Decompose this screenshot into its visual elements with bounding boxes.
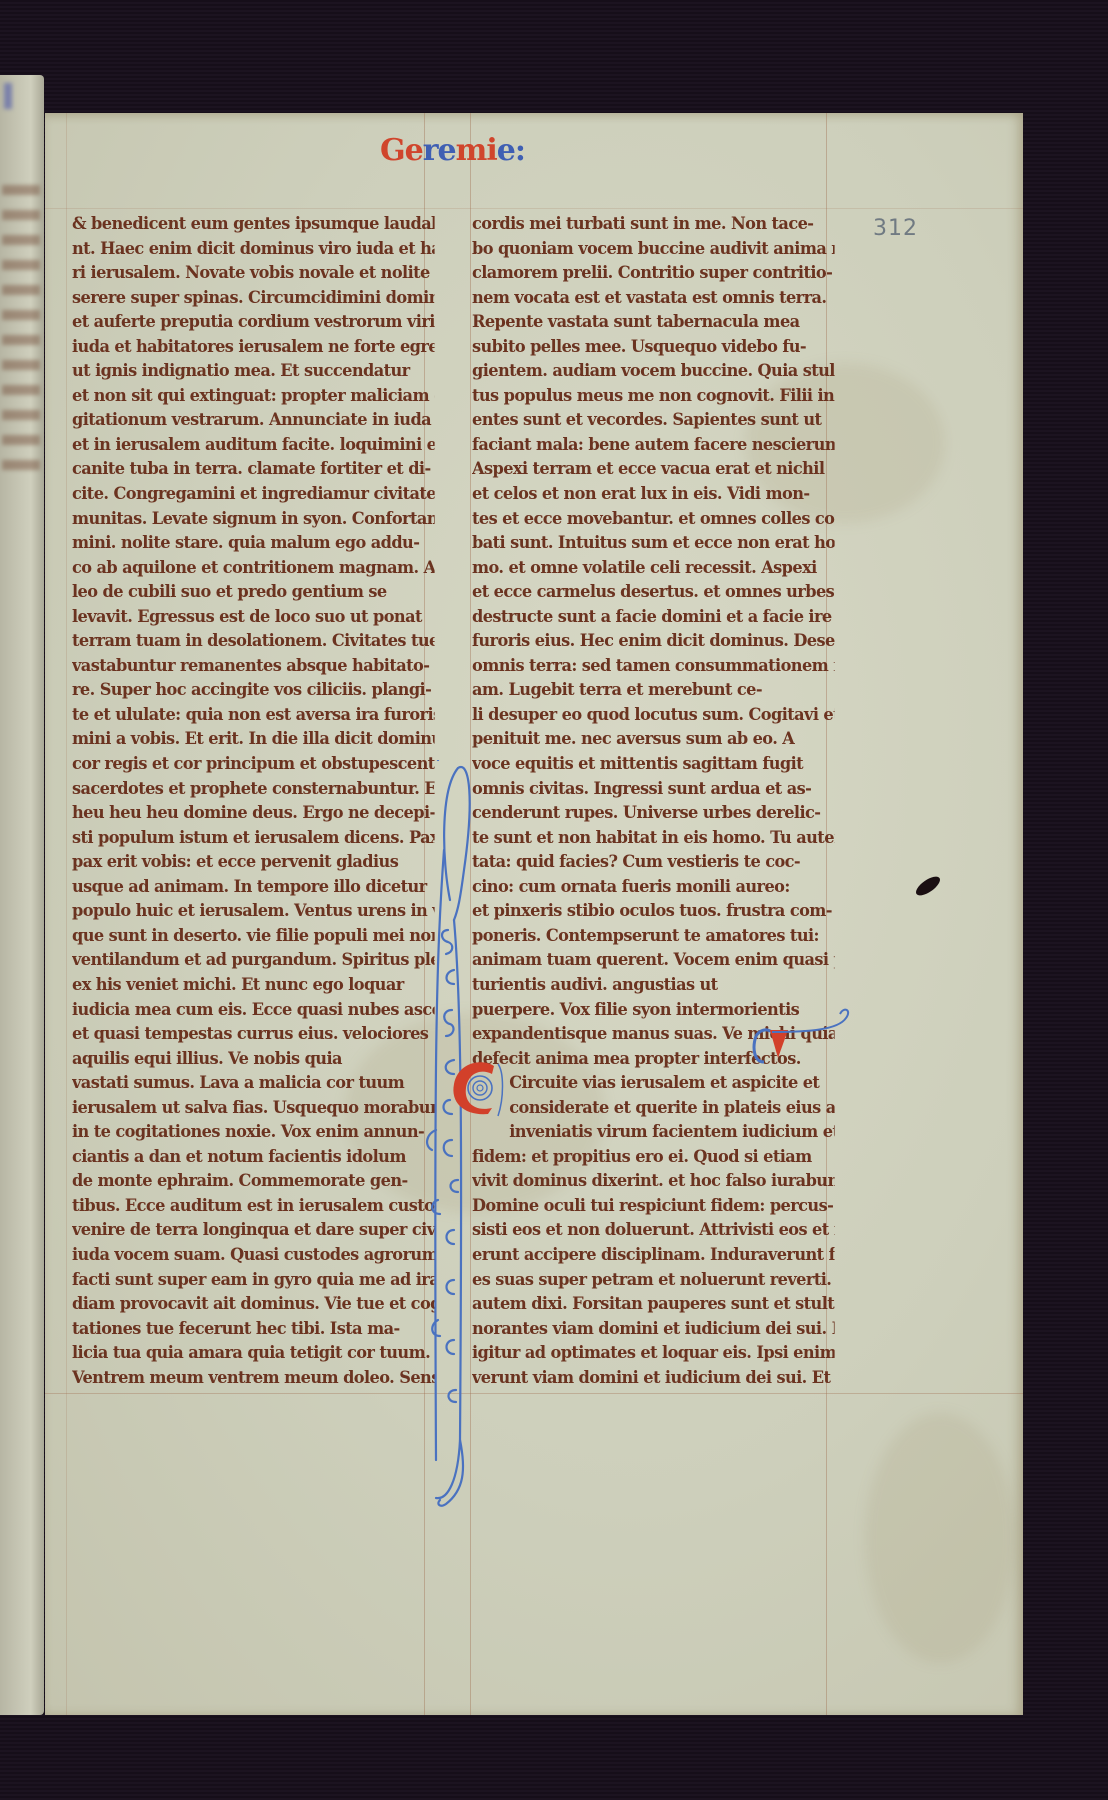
- text-line: fidem: et propitius ero ei. Quod si etia…: [472, 1145, 835, 1170]
- text-line: et ecce carmelus desertus. et omnes urbe…: [472, 580, 835, 605]
- text-line: co ab aquilone et contritionem magnam. A…: [72, 556, 435, 581]
- previous-leaf-text: [2, 435, 40, 445]
- text-line: norantes viam domini et iudicium dei sui…: [472, 1317, 835, 1342]
- text-line: poneris. Contempserunt te amatores tui:: [472, 924, 835, 949]
- text-line: et celos et non erat lux in eis. Vidi mo…: [472, 482, 835, 507]
- text-line: ciantis a dan et notum facientis idolum: [72, 1145, 435, 1170]
- previous-leaf-text: [2, 410, 40, 420]
- text-line: heu heu heu domine deus. Ergo ne decepi-: [72, 801, 435, 826]
- text-line: tationes tue fecerunt hec tibi. Ista ma-: [72, 1317, 435, 1342]
- text-line: licia tua quia amara quia tetigit cor tu…: [72, 1341, 435, 1366]
- text-line: turientis audivi. angustias ut: [472, 973, 835, 998]
- text-line: erunt accipere disciplinam. Induraverunt…: [472, 1243, 835, 1268]
- text-line: re. Super hoc accingite vos ciliciis. pl…: [72, 678, 435, 703]
- text-line: pax erit vobis: et ecce pervenit gladius: [72, 850, 435, 875]
- text-line: destructe sunt a facie domini et a facie…: [472, 605, 835, 630]
- text-line: li desuper eo quod locutus sum. Cogitavi…: [472, 703, 835, 728]
- text-line: bati sunt. Intuitus sum et ecce non erat…: [472, 531, 835, 556]
- text-line: voce equitis et mittentis sagittam fugit: [472, 752, 835, 777]
- text-line: cite. Congregamini et ingrediamur civita…: [72, 482, 435, 507]
- text-line: bo quoniam vocem buccine audivit anima m…: [472, 237, 835, 262]
- text-line: omnis terra: sed tamen consummationem no…: [472, 654, 835, 679]
- text-line: diam provocavit ait dominus. Vie tue et …: [72, 1292, 435, 1317]
- text-line: et auferte preputia cordium vestrorum vi…: [72, 310, 435, 335]
- text-line: sti populum istum et ierusalem dicens. P…: [72, 826, 435, 851]
- text-line: vastati sumus. Lava a malicia cor tuum: [72, 1071, 435, 1096]
- text-line: ex his veniet michi. Et nunc ego loquar: [72, 973, 435, 998]
- previous-leaf-text: [2, 460, 40, 470]
- text-line: faciant mala: bene autem facere nescieru…: [472, 433, 835, 458]
- running-title-part: e:: [497, 133, 525, 168]
- text-line: nt. Haec enim dicit dominus viro iuda et…: [72, 237, 435, 262]
- text-line: vastabuntur remanentes absque habitato-: [72, 654, 435, 679]
- text-line: tes et ecce movebantur. et omnes colles …: [472, 507, 835, 532]
- text-line: mini a vobis. Et erit. In die illa dicit…: [72, 727, 435, 752]
- text-line: facti sunt super eam in gyro quia me ad …: [72, 1268, 435, 1293]
- text-line: aquilis equi illius. Ve nobis quia: [72, 1047, 435, 1072]
- text-line: entes sunt et vecordes. Sapientes sunt u…: [472, 408, 835, 433]
- text-line: iuda et habitatores ierusalem ne forte e…: [72, 335, 435, 360]
- text-line: tata: quid facies? Cum vestieris te coc-: [472, 850, 835, 875]
- text-line: ventilandum et ad purgandum. Spiritus pl…: [72, 948, 435, 973]
- ruling-line: [45, 1393, 1023, 1394]
- previous-leaf-text: [2, 360, 40, 370]
- text-line: Ventrem meum ventrem meum doleo. Sensus: [72, 1366, 435, 1391]
- filigree-decoration: [418, 760, 478, 1510]
- text-line: munitas. Levate signum in syon. Conforta…: [72, 507, 435, 532]
- text-line: autem dixi. Forsitan pauperes sunt et st…: [472, 1292, 835, 1317]
- text-line: et quasi tempestas currus eius. velocior…: [72, 1022, 435, 1047]
- previous-leaf-edge: [0, 75, 44, 1715]
- text-line: et in ierusalem auditum facite. loquimin…: [72, 433, 435, 458]
- parchment-stain: [865, 1413, 1015, 1663]
- text-line: inveniatis virum facientem iudicium et q…: [472, 1120, 835, 1145]
- decorated-initial-c: [448, 1058, 506, 1118]
- previous-leaf-text: [2, 235, 40, 245]
- text-line: cino: cum ornata fueris monili aureo:: [472, 875, 835, 900]
- text-line: nem vocata est et vastata est omnis terr…: [472, 286, 835, 311]
- text-line: in te cogitationes noxie. Vox enim annun…: [72, 1120, 435, 1145]
- text-line: am. Lugebit terra et merebunt ce-: [472, 678, 835, 703]
- text-line: venire de terra longinqua et dare super …: [72, 1218, 435, 1243]
- previous-leaf-text: [2, 260, 40, 270]
- running-title-part: re: [423, 133, 456, 168]
- text-line: verunt viam domini et iudicium dei sui. …: [472, 1366, 835, 1391]
- text-line: sacerdotes et prophete consternabuntur. …: [72, 777, 435, 802]
- folio-number: 312: [873, 216, 918, 241]
- text-line: que sunt in deserto. vie filie populi me…: [72, 924, 435, 949]
- text-column-right: cordis mei turbati sunt in me. Non tace-…: [472, 212, 842, 1390]
- ruling-line: [45, 208, 1023, 209]
- text-line: et non sit qui extinguat: propter malici…: [72, 384, 435, 409]
- text-line: Domine oculi tui respiciunt fidem: percu…: [472, 1194, 835, 1219]
- running-title-part: mi: [456, 133, 497, 168]
- previous-leaf-text: [2, 310, 40, 320]
- running-title-part: Ge: [380, 133, 423, 168]
- text-line: Repente vastata sunt tabernacula mea: [472, 310, 835, 335]
- text-line: usque ad animam. In tempore illo dicetur: [72, 875, 435, 900]
- text-line: omnis civitas. Ingressi sunt ardua et as…: [472, 777, 835, 802]
- previous-leaf-text: [2, 210, 40, 220]
- text-line: Aspexi terram et ecce vacua erat et nich…: [472, 457, 835, 482]
- text-line: populo huic et ierusalem. Ventus urens i…: [72, 899, 435, 924]
- text-line: tibus. Ecce auditum est in ierusalem cus…: [72, 1194, 435, 1219]
- text-line: te sunt et non habitat in eis homo. Tu a…: [472, 826, 835, 851]
- small-initial-v: [748, 1008, 858, 1064]
- text-line: Circuite vias ierusalem et aspicite et: [472, 1071, 835, 1096]
- previous-leaf-initial: [4, 83, 12, 109]
- text-line: leo de cubili suo et predo gentium se: [72, 580, 435, 605]
- text-line: animam tuam querent. Vocem enim quasi pa…: [472, 948, 835, 973]
- text-line: igitur ad optimates et loquar eis. Ipsi …: [472, 1341, 835, 1366]
- text-line: de monte ephraim. Commemorate gen-: [72, 1169, 435, 1194]
- text-line: gientem. audiam vocem buccine. Quia stul…: [472, 359, 835, 384]
- text-line: & benedicent eum gentes ipsumque laudabu…: [72, 212, 435, 237]
- text-line: serere super spinas. Circumcidimini domi…: [72, 286, 435, 311]
- text-line: terram tuam in desolationem. Civitates t…: [72, 629, 435, 654]
- text-line: canite tuba in terra. clamate fortiter e…: [72, 457, 435, 482]
- text-line: iuda vocem suam. Quasi custodes agrorum: [72, 1243, 435, 1268]
- previous-leaf-text: [2, 185, 40, 195]
- text-line: cenderunt rupes. Universe urbes derelic-: [472, 801, 835, 826]
- ruling-line: [66, 113, 67, 1715]
- text-line: furoris eius. Hec enim dicit dominus. De…: [472, 629, 835, 654]
- previous-leaf-text: [2, 285, 40, 295]
- text-line: vivit dominus dixerint. et hoc falso iur…: [472, 1169, 835, 1194]
- text-line: sisti eos et non doluerunt. Attrivisti e…: [472, 1218, 835, 1243]
- text-column-left: & benedicent eum gentes ipsumque laudabu…: [72, 212, 442, 1390]
- text-line: tus populus meus me non cognovit. Filii …: [472, 384, 835, 409]
- text-line: ri ierusalem. Novate vobis novale et nol…: [72, 261, 435, 286]
- text-line: penituit me. nec aversus sum ab eo. A: [472, 727, 835, 752]
- text-line: gitationum vestrarum. Annunciate in iuda: [72, 408, 435, 433]
- text-line: cor regis et cor principum et obstupesce…: [72, 752, 435, 777]
- text-line: mini. nolite stare. quia malum ego addu-: [72, 531, 435, 556]
- text-line: es suas super petram et noluerunt revert…: [472, 1268, 835, 1293]
- text-line: et pinxeris stibio oculos tuos. frustra …: [472, 899, 835, 924]
- text-line: mo. et omne volatile celi recessit. Aspe…: [472, 556, 835, 581]
- previous-leaf-text: [2, 335, 40, 345]
- text-line: ut ignis indignatio mea. Et succendatur: [72, 359, 435, 384]
- running-title: Geremie:: [380, 133, 525, 168]
- text-line: levavit. Egressus est de loco suo ut pon…: [72, 605, 435, 630]
- text-line: te et ululate: quia non est aversa ira f…: [72, 703, 435, 728]
- text-line: subito pelles mee. Usquequo videbo fu-: [472, 335, 835, 360]
- text-line: iudicia mea cum eis. Ecce quasi nubes as…: [72, 998, 435, 1023]
- text-line: clamorem prelii. Contritio super contrit…: [472, 261, 835, 286]
- text-line: considerate et querite in plateis eius a…: [472, 1096, 835, 1121]
- text-line: ierusalem ut salva fias. Usquequo morabu…: [72, 1096, 435, 1121]
- previous-leaf-text: [2, 385, 40, 395]
- text-line: cordis mei turbati sunt in me. Non tace-: [472, 212, 835, 237]
